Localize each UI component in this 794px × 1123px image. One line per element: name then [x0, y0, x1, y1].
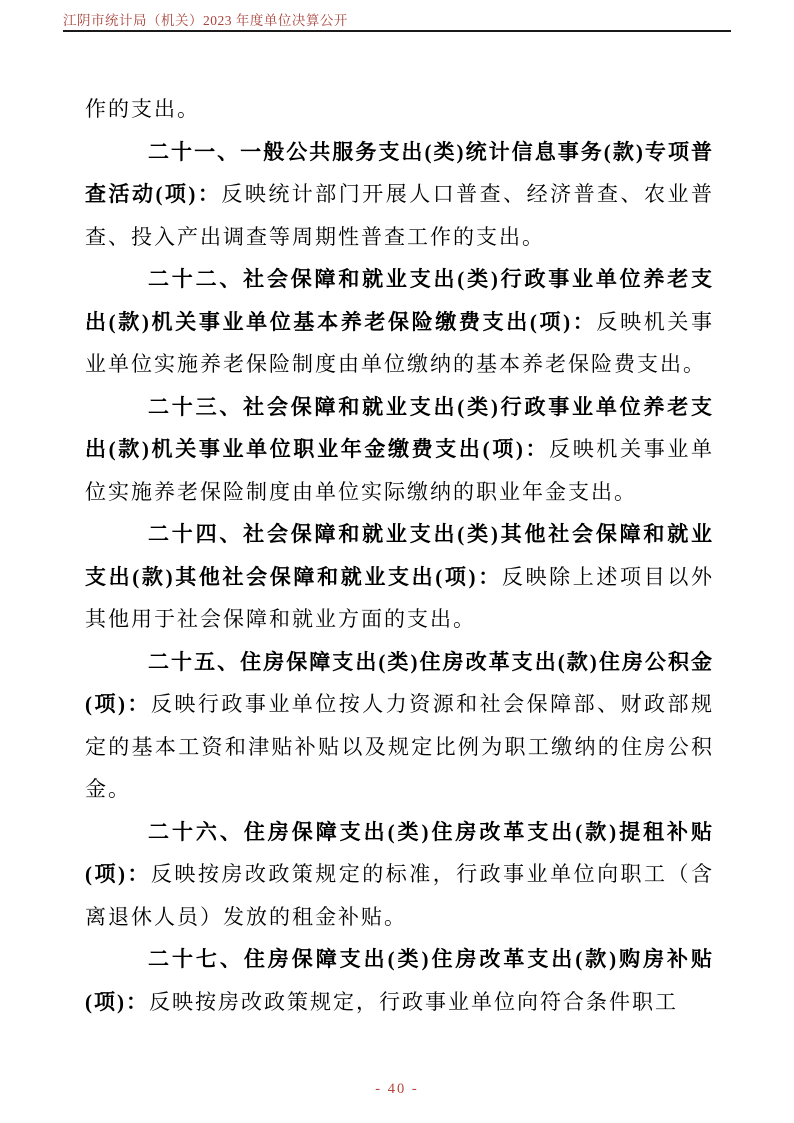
paragraph-item-26: 二十六、住房保障支出(类)住房改革支出(款)提租补贴(项)：反映按房改政策规定的…: [85, 811, 714, 939]
document-footer: - 40 -: [0, 1080, 794, 1098]
paragraph-item-23: 二十三、社会保障和就业支出(类)行政事业单位养老支出(款)机关事业单位职业年金缴…: [85, 386, 714, 514]
paragraph-item-25: 二十五、住房保障支出(类)住房改革支出(款)住房公积金(项)：反映行政事业单位按…: [85, 641, 714, 811]
document-page: 江阴市统计局（机关）2023 年度单位决算公开 作的支出。 二十一、一般公共服务…: [0, 0, 794, 1123]
page-number: - 40 -: [375, 1081, 418, 1098]
paragraph-item-22: 二十二、社会保障和就业支出(类)行政事业单位养老支出(款)机关事业单位基本养老保…: [85, 258, 714, 386]
paragraph-text: 反映按房改政策规定，行政事业单位向符合条件职工: [149, 990, 678, 1014]
paragraph-text: 作的支出。: [85, 97, 200, 121]
paragraph-text: 反映行政事业单位按人力资源和社会保障部、财政部规定的基本工资和津贴补贴以及规定比…: [85, 692, 714, 801]
document-header: 江阴市统计局（机关）2023 年度单位决算公开: [63, 12, 731, 32]
document-body: 作的支出。 二十一、一般公共服务支出(类)统计信息事务(款)专项普查活动(项)：…: [85, 88, 714, 1023]
paragraph-continuation: 作的支出。: [85, 88, 714, 131]
paragraph-item-27: 二十七、住房保障支出(类)住房改革支出(款)购房补贴(项)：反映按房改政策规定，…: [85, 938, 714, 1023]
paragraph-item-24: 二十四、社会保障和就业支出(类)其他社会保障和就业支出(款)其他社会保障和就业支…: [85, 513, 714, 641]
paragraph-item-21: 二十一、一般公共服务支出(类)统计信息事务(款)专项普查活动(项)：反映统计部门…: [85, 131, 714, 259]
header-rule: [63, 30, 731, 32]
header-title: 江阴市统计局（机关）2023 年度单位决算公开: [63, 12, 731, 29]
paragraph-text: 反映按房改政策规定的标准，行政事业单位向职工（含离退休人员）发放的租金补贴。: [85, 862, 714, 929]
